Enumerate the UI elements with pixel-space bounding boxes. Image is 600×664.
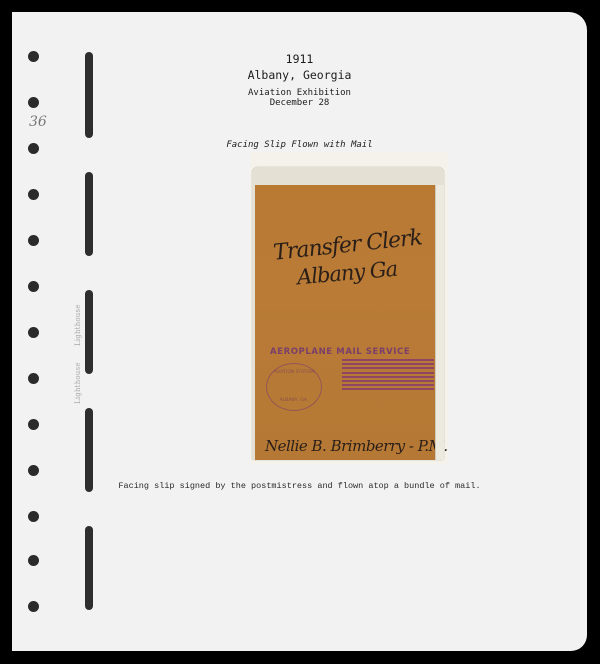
binder-slot <box>85 526 93 610</box>
binder-hole <box>28 419 39 430</box>
place-heading: Albany, Georgia <box>12 68 587 82</box>
postmistress-signature: Nellie B. Brimberry - P.M. <box>265 437 448 455</box>
year-heading: 1911 <box>12 52 587 66</box>
page-number: 36 <box>29 114 47 130</box>
binder-hole <box>28 189 39 200</box>
postmark-circle: AVIATION STATION ALBANY, GA. <box>266 363 322 411</box>
slip-edge <box>435 185 444 460</box>
event-name: Aviation Exhibition <box>12 88 587 98</box>
brand-watermark: Lighthouse <box>74 304 82 346</box>
handwritten-address-line: Transfer Clerk <box>272 225 423 265</box>
exhibit-caption: Facing slip signed by the postmistress a… <box>12 481 587 491</box>
binder-slot <box>85 408 93 492</box>
binder-hole <box>28 601 39 612</box>
binder-hole <box>28 235 39 246</box>
exhibit-title: Facing Slip Flown with Mail <box>12 140 587 150</box>
binder-hole <box>28 281 39 292</box>
postmark-text: AVIATION STATION <box>267 370 321 375</box>
binder-hole <box>28 511 39 522</box>
brand-watermark: Lighthouse <box>74 362 82 404</box>
binder-hole <box>28 465 39 476</box>
binder-hole <box>28 373 39 384</box>
album-page: Lighthouse Lighthouse 36 1911 Albany, Ge… <box>12 12 587 651</box>
facing-slip: Transfer Clerk Albany Ga AEROPLANE MAIL … <box>252 167 444 460</box>
printed-service-text: AEROPLANE MAIL SERVICE <box>270 347 410 357</box>
event-date: December 28 <box>12 98 587 108</box>
binder-hole <box>28 555 39 566</box>
binder-hole <box>28 327 39 338</box>
facing-slip-face: Transfer Clerk Albany Ga AEROPLANE MAIL … <box>255 185 436 460</box>
binder-slot <box>85 172 93 256</box>
postmark-text: ALBANY, GA. <box>267 398 321 403</box>
event-heading: Aviation Exhibition December 28 <box>12 88 587 108</box>
cancel-bars <box>342 359 434 393</box>
binder-slot <box>85 290 93 374</box>
